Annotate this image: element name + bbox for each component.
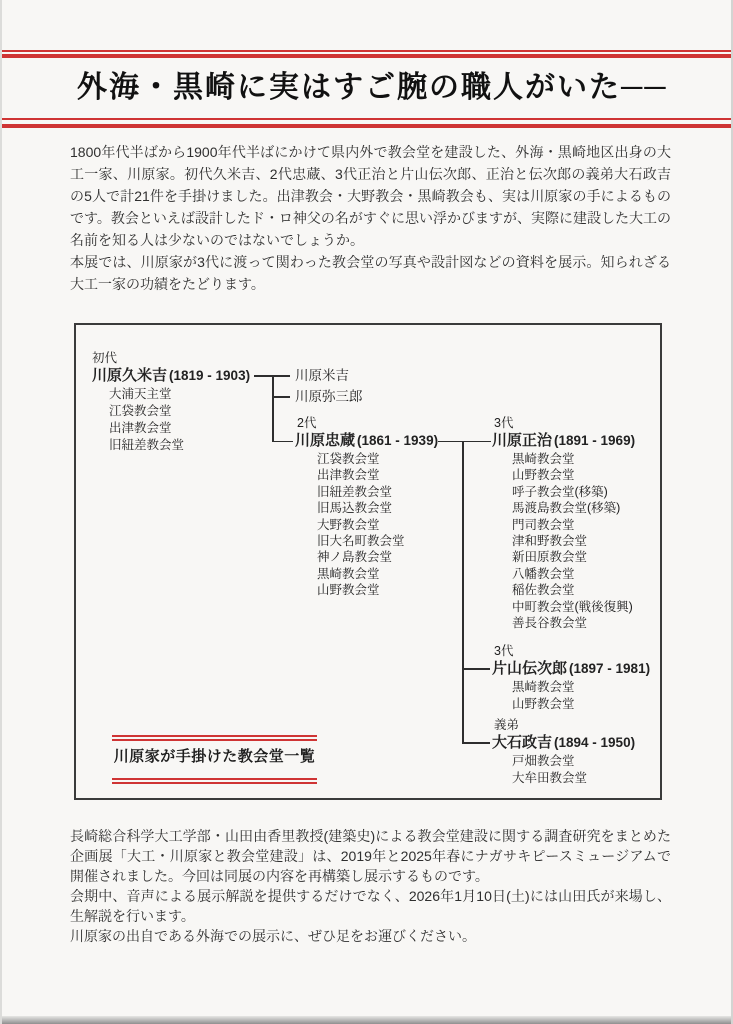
caption-rule-top-1: [112, 735, 317, 737]
tree-member-kawahara-yonekichi: 川原米吉: [295, 368, 349, 384]
page-bottom-edge: [2, 1016, 731, 1024]
work-item: 中町教会堂(戦後復興): [512, 599, 635, 615]
generation-label: 義弟: [494, 717, 635, 733]
work-item: 旧馬込教会堂: [317, 500, 438, 516]
work-item: 八幡教会堂: [512, 566, 635, 582]
member-name: 川原正治(1891 - 1969): [492, 431, 635, 451]
intro-text: 1800年代半ばから1900年代半ばにかけて県内外で教会堂を建設した、外海・黒崎…: [70, 141, 671, 295]
member-name: 川原忠蔵(1861 - 1939): [295, 431, 438, 451]
work-item: 出津教会堂: [317, 467, 438, 483]
work-item: 江袋教会堂: [109, 403, 250, 420]
work-item: 旧大名町教会堂: [317, 533, 438, 549]
tree-member-katayama-denjiro: 3代 片山伝次郎(1897 - 1981) 黒崎教会堂 山野教会堂: [490, 643, 650, 713]
work-item: 黒崎教会堂: [512, 679, 650, 696]
red-rule-top-thick: [2, 54, 731, 58]
member-name-text: 川原久米吉: [92, 367, 167, 384]
tree-connector-oishi: [462, 742, 490, 744]
work-item: 馬渡島教会堂(移築): [512, 500, 635, 516]
intro-paragraph-1: 1800年代半ばから1900年代半ばにかけて県内外で教会堂を建設した、外海・黒崎…: [70, 141, 671, 251]
outro-text: 長崎総合科学大工学部・山田由香里教授(建築史)による教会堂建設に関する調査研究を…: [70, 826, 671, 946]
tree-connector-yasaburo: [272, 396, 290, 398]
member-dates: (1891 - 1969): [554, 433, 635, 448]
work-item: 黒崎教会堂: [512, 451, 635, 467]
red-rule-below-title-thin: [2, 118, 731, 120]
member-name-text: 片山伝次郎: [492, 660, 567, 677]
flyer-page: 外海・黒崎に実はすご腕の職人がいた── 1800年代半ばから1900年代半ばにか…: [0, 0, 733, 1024]
work-item: 神ノ島教会堂: [317, 549, 438, 565]
tree-connector-chuzo: [272, 441, 293, 443]
work-item: 大野教会堂: [317, 517, 438, 533]
member-name-text: 川原忠蔵: [295, 432, 355, 449]
work-item: 山野教会堂: [317, 582, 438, 598]
work-item: 津和野教会堂: [512, 533, 635, 549]
family-tree-box: 初代 川原久米吉(1819 - 1903) 大浦天主堂 江袋教会堂 出津教会堂 …: [74, 323, 662, 800]
generation-label: 2代: [297, 415, 438, 431]
works-list: 戸畑教会堂 大牟田教会堂: [490, 753, 635, 787]
tree-connector-vertical-2: [462, 441, 464, 744]
tree-member-kawahara-seiji: 3代 川原正治(1891 - 1969) 黒崎教会堂 山野教会堂 呼子教会堂(移…: [490, 415, 635, 631]
outro-paragraph-1: 長崎総合科学大工学部・山田由香里教授(建築史)による教会堂建設に関する調査研究を…: [70, 826, 671, 886]
work-item: 大浦天主堂: [109, 386, 250, 403]
work-item: 出津教会堂: [109, 420, 250, 437]
tree-connector-kumekichi: [254, 375, 272, 377]
work-item: 大牟田教会堂: [512, 770, 635, 787]
member-name-text: 川原正治: [492, 432, 552, 449]
tree-member-kawahara-yasaburo: 川原弥三郎: [295, 389, 363, 405]
generation-label: 3代: [494, 415, 635, 431]
tree-member-oishi-masakichi: 義弟 大石政吉(1894 - 1950) 戸畑教会堂 大牟田教会堂: [490, 717, 635, 787]
work-item: 旧紐差教会堂: [317, 484, 438, 500]
outro-paragraph-3: 川原家の出自である外海での展示に、ぜひ足をお運びください。: [70, 926, 671, 946]
tree-member-kawahara-kumekichi: 初代 川原久米吉(1819 - 1903) 大浦天主堂 江袋教会堂 出津教会堂 …: [92, 350, 250, 454]
member-dates: (1819 - 1903): [169, 368, 250, 383]
outro-paragraph-2: 会期中、音声による展示解説を提供するだけでなく、2026年1月10日(土)には山…: [70, 886, 671, 926]
member-name: 川原久米吉(1819 - 1903): [92, 366, 250, 386]
member-dates: (1897 - 1981): [569, 661, 650, 676]
member-dates: (1894 - 1950): [554, 735, 635, 750]
member-dates: (1861 - 1939): [357, 433, 438, 448]
caption-rule-top-2: [112, 739, 317, 741]
work-item: 山野教会堂: [512, 696, 650, 713]
member-name-text: 大石政吉: [492, 734, 552, 751]
works-list: 大浦天主堂 江袋教会堂 出津教会堂 旧紐差教会堂: [92, 386, 250, 454]
generation-label: 初代: [92, 350, 250, 366]
work-item: 呼子教会堂(移築): [512, 484, 635, 500]
caption-rule-bottom-2: [112, 782, 317, 784]
red-rule-top-thin: [2, 50, 731, 52]
member-name: 片山伝次郎(1897 - 1981): [492, 659, 650, 679]
work-item: 江袋教会堂: [317, 451, 438, 467]
caption-rule-bottom-1: [112, 778, 317, 780]
work-item: 門司教会堂: [512, 517, 635, 533]
red-rule-below-title-thick: [2, 124, 731, 128]
tree-caption-text: 川原家が手掛けた教会堂一覧: [112, 745, 317, 766]
tree-connector-chuzo-to-seiji: [438, 441, 491, 443]
work-item: 黒崎教会堂: [317, 566, 438, 582]
work-item: 戸畑教会堂: [512, 753, 635, 770]
work-item: 善長谷教会堂: [512, 615, 635, 631]
works-list: 黒崎教会堂 山野教会堂: [490, 679, 650, 713]
works-list: 黒崎教会堂 山野教会堂 呼子教会堂(移築) 馬渡島教会堂(移築) 門司教会堂 津…: [490, 451, 635, 631]
tree-member-kawahara-chuzo: 2代 川原忠蔵(1861 - 1939) 江袋教会堂 出津教会堂 旧紐差教会堂 …: [295, 415, 438, 599]
work-item: 山野教会堂: [512, 467, 635, 483]
intro-paragraph-2: 本展では、川原家が3代に渡って関わった教会堂の写真や設計図などの資料を展示。知ら…: [70, 251, 671, 295]
generation-label: 3代: [494, 643, 650, 659]
page-title: 外海・黒崎に実はすご腕の職人がいた──: [77, 66, 668, 110]
tree-connector-vertical-1: [272, 375, 274, 442]
work-item: 旧紐差教会堂: [109, 437, 250, 454]
tree-connector-yonekichi: [272, 375, 290, 377]
work-item: 新田原教会堂: [512, 549, 635, 565]
works-list: 江袋教会堂 出津教会堂 旧紐差教会堂 旧馬込教会堂 大野教会堂 旧大名町教会堂 …: [295, 451, 438, 599]
tree-connector-katayama: [462, 668, 490, 670]
work-item: 稲佐教会堂: [512, 582, 635, 598]
member-name: 大石政吉(1894 - 1950): [492, 733, 635, 753]
